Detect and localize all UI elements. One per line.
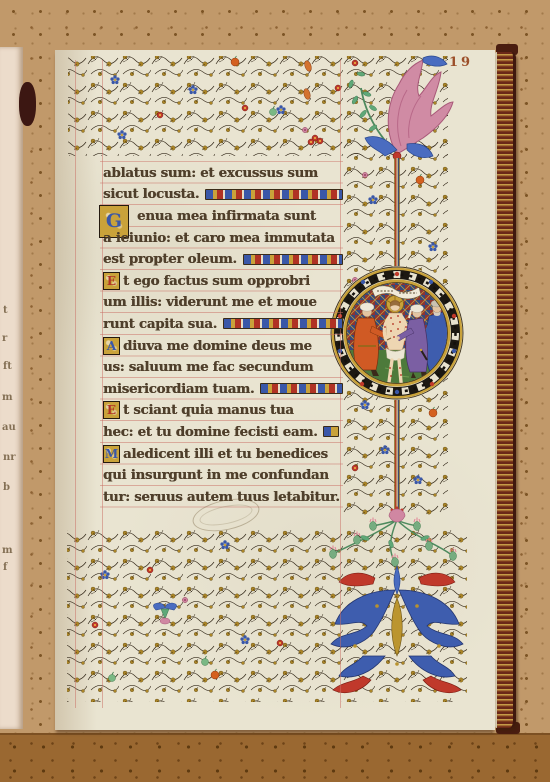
text-line-text: t sciant quia manus tua <box>123 402 294 418</box>
text-line-text: t ego factus sum opprobri <box>123 273 310 289</box>
miniature-roundel <box>330 266 464 400</box>
text-line: Adiuva me domine deus me <box>103 335 343 357</box>
facing-page-text-fragment: r <box>2 333 7 344</box>
text-line: ablatus sum: et excussus sum <box>103 162 343 184</box>
text-line-text: hec: et tu domine fecisti eam. <box>103 424 317 440</box>
text-line-text: sicut locusta. <box>103 186 199 202</box>
text-line: enua mea infirmata sunt <box>103 205 343 227</box>
text-line-text: est propter oleum. <box>103 251 237 267</box>
illuminated-initial: E <box>103 401 120 419</box>
text-line-text: qui insurgunt in me confundan <box>103 467 329 483</box>
facing-page-text-fragment: nr <box>3 452 16 463</box>
ruling-vertical-line <box>75 60 76 708</box>
folio-number: 19 <box>449 55 473 70</box>
text-line: Et ego factus sum opprobri <box>103 270 343 292</box>
text-line: qui insurgunt in me confundan <box>103 464 343 486</box>
text-line: misericordiam tuam. <box>103 378 343 400</box>
manuscript-page: 19 G ablatus sum: et excussus sum sicut … <box>55 50 495 730</box>
text-line: um illis: viderunt me et moue <box>103 292 343 314</box>
text-line: hec: et tu domine fecisti eam. <box>103 421 343 443</box>
text-line: a ieiunio: et caro mea immutata <box>103 227 343 249</box>
illuminated-initial: E <box>103 272 120 290</box>
text-line-text: ablatus sum: et excussus sum <box>103 165 318 181</box>
facing-page-text-fragment: m <box>2 545 13 556</box>
text-line-text: runt capita sua. <box>103 316 217 332</box>
text-line-text: a ieiunio: et caro mea immutata <box>103 230 335 246</box>
binding-shadow <box>19 82 36 126</box>
line-filler-ornament <box>243 254 343 265</box>
background-board-dark-strip <box>0 733 550 782</box>
line-filler-ornament <box>260 383 343 394</box>
facing-page-text-fragment: t <box>3 305 8 316</box>
facing-page-text-fragment: b <box>3 482 10 493</box>
text-line-text: um illis: viderunt me et moue <box>103 294 317 310</box>
facing-page-text-fragment: m <box>2 392 13 403</box>
manuscript-photo-scene: t r ft m au nr b m f <box>0 0 550 782</box>
text-line-text: us: saluum me fac secundum <box>103 359 313 375</box>
text-line: Et sciant quia manus tua <box>103 400 343 422</box>
facing-page-text-fragment: au <box>2 422 16 433</box>
text-line: us: saluum me fac secundum <box>103 356 343 378</box>
text-line-text: misericordiam tuam. <box>103 381 254 397</box>
facing-page-text-fragment: ft <box>3 361 12 372</box>
text-line: sicut locusta. <box>103 184 343 206</box>
text-line-text: enua mea infirmata sunt <box>137 208 316 224</box>
illuminated-initial: M <box>103 445 120 463</box>
text-line-text: diuva me domine deus me <box>123 338 312 354</box>
facing-page-edge: t r ft m au nr b m f <box>0 47 23 729</box>
text-line-text: aledicent illi et tu benedices <box>123 446 328 462</box>
facing-page-text-fragment: f <box>3 562 7 573</box>
line-filler-ornament <box>223 318 343 329</box>
line-filler-ornament <box>205 189 343 200</box>
illuminated-initial: A <box>103 337 120 355</box>
text-line: est propter oleum. <box>103 248 343 270</box>
text-line: runt capita sua. <box>103 313 343 335</box>
line-filler-ornament <box>323 426 339 437</box>
gilt-gauffered-fore-edge <box>495 52 516 728</box>
text-line: Maledicent illi et tu benedices <box>103 443 343 465</box>
